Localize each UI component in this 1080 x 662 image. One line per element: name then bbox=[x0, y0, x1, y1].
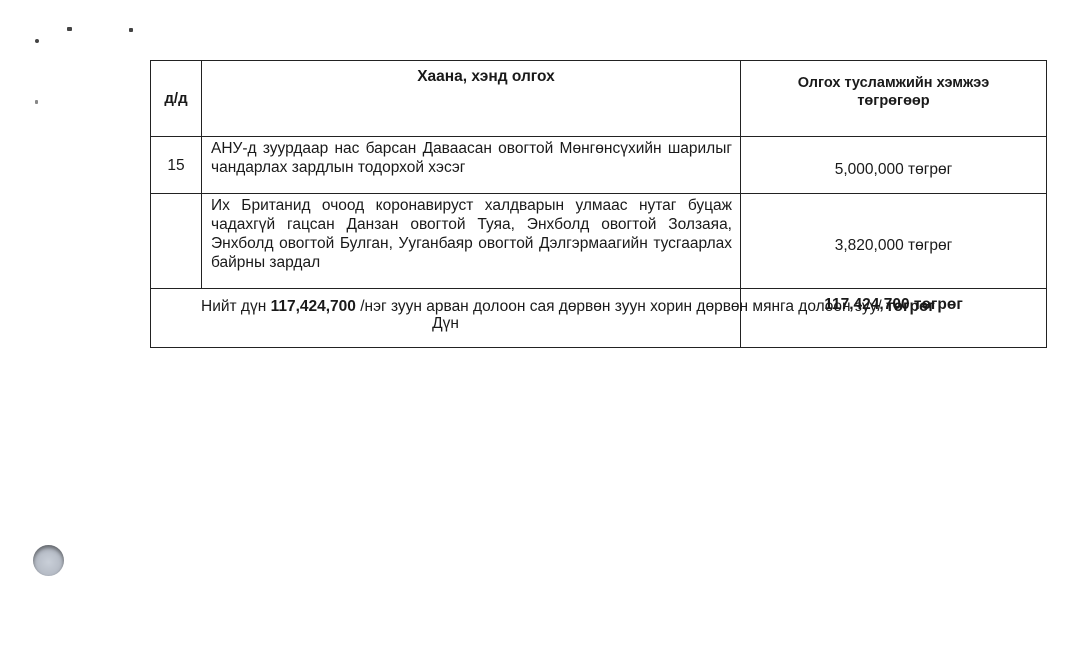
header-amount-line1: Олгох тусламжийн хэмжээ bbox=[741, 74, 1046, 92]
row-amount: 5,000,000 төгрөг bbox=[741, 137, 1047, 194]
header-number: д/д bbox=[151, 61, 202, 137]
row-number: 15 bbox=[151, 137, 202, 194]
grand-total-line: Нийт дүн 117,424,700 /нэг зуун арван дол… bbox=[201, 298, 935, 316]
grand-total-words: /нэг зуун арван долоон сая дөрвөн зуун х… bbox=[356, 298, 886, 315]
header-amount-line2: төгрөгөөр bbox=[741, 92, 1046, 110]
scan-speck bbox=[35, 100, 38, 104]
punch-hole bbox=[33, 545, 64, 576]
scan-speck bbox=[67, 27, 72, 31]
row-amount: 3,820,000 төгрөг bbox=[741, 194, 1047, 289]
grand-total-currency: төгрөг bbox=[886, 298, 935, 315]
grand-total-prefix: Нийт дүн bbox=[201, 298, 271, 315]
scan-speck bbox=[35, 39, 39, 43]
table-header-row: д/д Хаана, хэнд олгох Олгох тусламжийн х… bbox=[151, 61, 1047, 137]
header-description: Хаана, хэнд олгох bbox=[202, 61, 741, 137]
table-row: Их Британид очоод коронавируст халдварын… bbox=[151, 194, 1047, 289]
header-amount: Олгох тусламжийн хэмжээ төгрөгөөр bbox=[741, 61, 1047, 137]
row-description: Их Британид очоод коронавируст халдварын… bbox=[202, 194, 741, 289]
grand-total-amount: 117,424,700 bbox=[271, 298, 356, 315]
table-row: 15 АНУ-д зуурдаар нас барсан Даваасан ов… bbox=[151, 137, 1047, 194]
row-number bbox=[151, 194, 202, 289]
scan-speck bbox=[129, 28, 133, 32]
row-description: АНУ-д зуурдаар нас барсан Даваасан овогт… bbox=[202, 137, 741, 194]
